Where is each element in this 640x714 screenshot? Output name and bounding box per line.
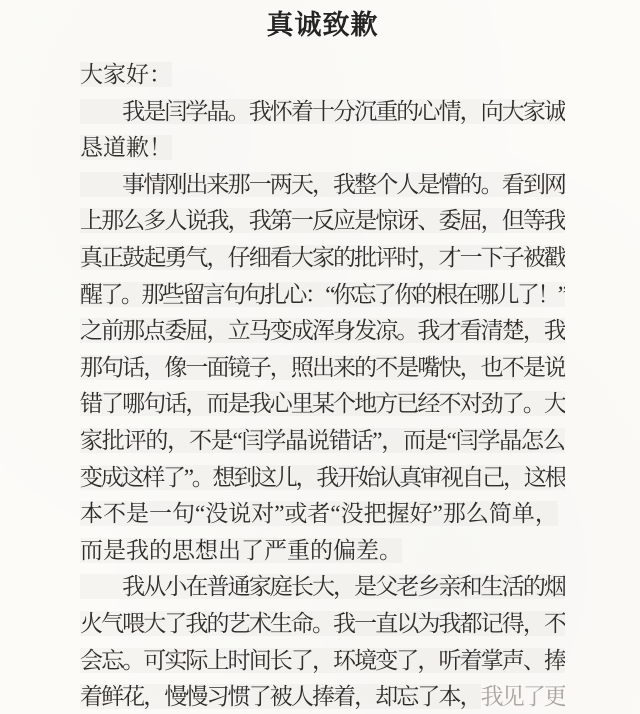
text-line: 之前那点委屈，立马变成浑身发凉。我才看清楚，我 [80,313,565,350]
text-line: 会忘。可实际上时间长了，环境变了，听着掌声、捧 [80,643,565,680]
document-title: 真诚致歉 [80,9,565,42]
text-line: 而是我的思想出了严重的偏差。 [80,533,565,570]
line-text: 而是我的思想出了严重的偏差。 [80,538,402,563]
line-text: 大家好： [80,62,172,87]
text-line: 我从小在普通家庭长大，是父老乡亲和生活的烟 [80,569,565,606]
document-page: 真诚致歉 大家好： 我是闫学晶。我怀着十分沉重的心情，向大家诚恳道歉！ 事情刚出… [0,0,640,714]
line-text: 着鲜花，慢慢习惯了被人捧着，却忘了本， [80,684,481,709]
line-text: 之前那点委屈，立马变成浑身发凉。我才看清楚，我 [80,318,565,343]
text-line: 本不是一句“没说对”或者“没把握好”那么简单， [80,496,565,533]
line-text: 上那么多人说我，我第一反应是惊讶、委屈，但等我 [80,208,565,233]
line-text: 错了哪句话，而是我心里某个地方已经不对劲了。大 [80,391,565,416]
text-line: 我是闫学晶。我怀着十分沉重的心情，向大家诚 [80,94,565,131]
line-text: 变成这样了”。想到这儿，我开始认真审视自己，这根 [80,465,565,490]
text-line: 大家好： [80,57,565,94]
text-line: 家批评的，不是“闫学晶说错话”，而是“闫学晶怎么 [80,423,565,460]
text-line: 变成这样了”。想到这儿，我开始认真审视自己，这根 [80,460,565,497]
text-line: 错了哪句话，而是我心里某个地方已经不对劲了。大 [80,386,565,423]
line-faded-text: 我见了更 [481,684,565,709]
text-line: 火气喂大了我的艺术生命。我一直以为我都记得，不 [80,606,565,643]
line-text: 会忘。可实际上时间长了，环境变了，听着掌声、捧 [80,648,565,673]
document-body: 大家好： 我是闫学晶。我怀着十分沉重的心情，向大家诚恳道歉！ 事情刚出来那一两天… [80,57,565,714]
line-text: 事情刚出来那一两天，我整个人是懵的。看到网 [80,172,565,197]
line-text: 家批评的，不是“闫学晶说错话”，而是“闫学晶怎么 [80,428,565,453]
line-text: 我从小在普通家庭长大，是父老乡亲和生活的烟 [80,574,565,599]
text-line: 事情刚出来那一两天，我整个人是懵的。看到网 [80,167,565,204]
line-text: 醒了。那些留言句句扎心：“你忘了你的根在哪儿了！” [80,282,565,307]
text-line: 真正鼓起勇气，仔细看大家的批评时，才一下子被戳 [80,240,565,277]
line-text: 恳道歉！ [80,135,172,160]
text-line: 上那么多人说我，我第一反应是惊讶、委屈，但等我 [80,203,565,240]
line-text: 火气喂大了我的艺术生命。我一直以为我都记得，不 [80,611,565,636]
line-text: 真正鼓起勇气，仔细看大家的批评时，才一下子被戳 [80,245,565,270]
text-line: 那句话，像一面镜子，照出来的不是嘴快，也不是说 [80,350,565,387]
text-line: 恳道歉！ [80,130,565,167]
text-line: 醒了。那些留言句句扎心：“你忘了你的根在哪儿了！” [80,277,565,314]
text-line: 着鲜花，慢慢习惯了被人捧着，却忘了本，我见了更 [80,679,565,714]
line-text: 本不是一句“没说对”或者“没把握好”那么简单， [80,501,558,526]
line-text: 我是闫学晶。我怀着十分沉重的心情，向大家诚 [80,99,565,124]
line-text: 那句话，像一面镜子，照出来的不是嘴快，也不是说 [80,355,565,380]
